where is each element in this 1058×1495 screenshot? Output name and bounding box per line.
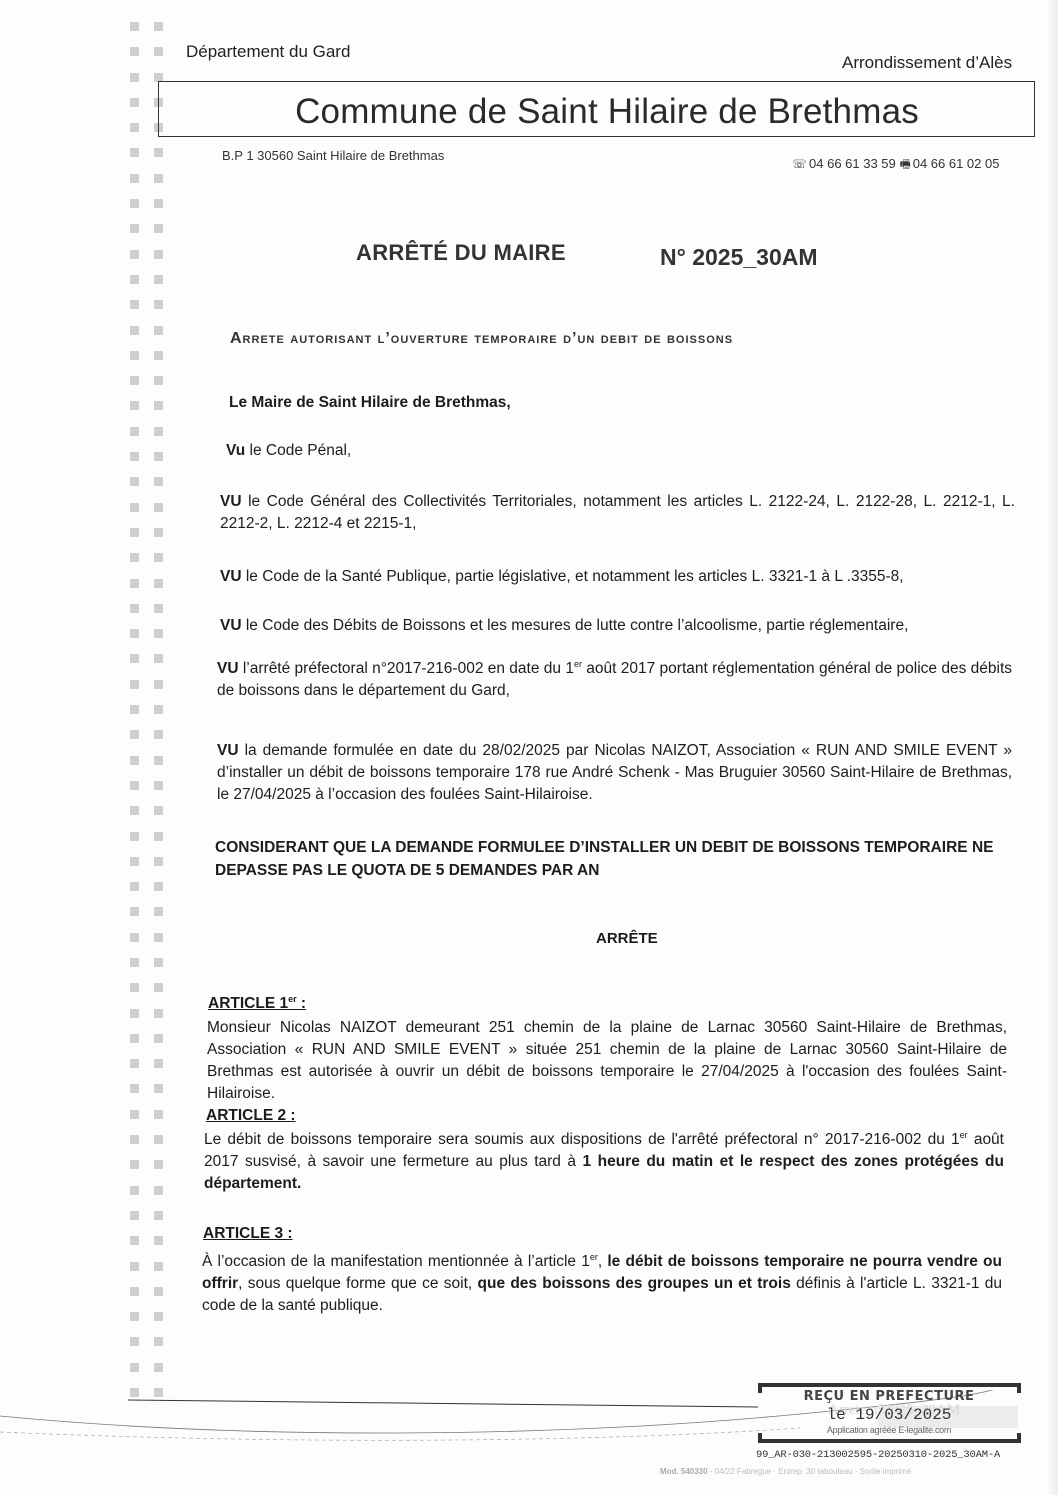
- binder-hole-row: [130, 629, 170, 654]
- article-3-heading: ARTICLE 3 :: [203, 1225, 293, 1243]
- binder-hole: [130, 275, 139, 284]
- binder-hole: [130, 1236, 139, 1245]
- binder-hole: [154, 806, 163, 815]
- binder-hole-row: [130, 477, 170, 502]
- binder-hole: [154, 300, 163, 309]
- binder-hole: [130, 705, 139, 714]
- binder-hole: [154, 1337, 163, 1346]
- document-page: Département du Gard Arrondissement d’Alè…: [0, 0, 1058, 1495]
- binder-hole: [154, 553, 163, 562]
- binder-hole: [154, 1186, 163, 1195]
- visa-demande: VU la demande formulée en date du 28/02/…: [217, 740, 1012, 806]
- binder-hole: [154, 705, 163, 714]
- article-1-heading: ARTICLE 1er :: [208, 995, 306, 1013]
- binder-hole: [130, 250, 139, 259]
- binder-hole: [130, 1084, 139, 1093]
- article-2-heading: ARTICLE 2 :: [206, 1107, 296, 1125]
- binder-hole: [130, 1287, 139, 1296]
- binder-hole: [154, 1059, 163, 1068]
- binder-hole-row: [130, 1059, 170, 1084]
- binder-hole: [130, 1135, 139, 1144]
- visa-arrete-prefectoral: VU l’arrêté préfectoral n°2017-216-002 e…: [217, 658, 1012, 702]
- ordinal-sup: er: [590, 1252, 598, 1262]
- binder-hole-row: [130, 604, 170, 629]
- binder-hole: [154, 1312, 163, 1321]
- binder-hole: [130, 199, 139, 208]
- binder-hole-row: [130, 351, 170, 376]
- binder-hole: [154, 1110, 163, 1119]
- binder-hole-row: [130, 376, 170, 401]
- binder-hole: [130, 123, 139, 132]
- binder-hole: [154, 1009, 163, 1018]
- binder-hole-row: [130, 250, 170, 275]
- binder-hole: [154, 604, 163, 613]
- binder-hole-row: [130, 933, 170, 958]
- binder-hole-row: [130, 756, 170, 781]
- article-text: ,: [598, 1253, 608, 1270]
- phone-number: 04 66 61 33 59: [809, 156, 896, 171]
- visa-lead: VU: [220, 617, 242, 634]
- binder-hole-row: [130, 983, 170, 1008]
- binder-hole: [130, 832, 139, 841]
- binder-hole: [154, 174, 163, 183]
- binder-hole: [130, 174, 139, 183]
- article-3-text: À l’occasion de la manifestation mention…: [202, 1251, 1002, 1317]
- binder-hole-row: [130, 857, 170, 882]
- contact-numbers: ☏04 66 61 33 59 🖷04 66 61 02 05: [792, 155, 999, 176]
- binder-hole: [130, 401, 139, 410]
- ordinal-sup: er: [574, 659, 582, 669]
- binder-hole: [130, 452, 139, 461]
- binder-hole: [154, 1287, 163, 1296]
- binder-hole: [130, 958, 139, 967]
- considerant-clause: CONSIDERANT QUE LA DEMANDE FORMULEE D’IN…: [215, 836, 1015, 882]
- binder-hole: [130, 680, 139, 689]
- binder-hole: [154, 1211, 163, 1220]
- binder-hole: [130, 503, 139, 512]
- binder-hole-row: [130, 326, 170, 351]
- binder-hole-row: [130, 907, 170, 932]
- binder-hole-row: [130, 503, 170, 528]
- fax-icon: 🖷: [899, 157, 910, 171]
- binder-hole: [130, 1186, 139, 1195]
- visa-lead: VU: [217, 742, 239, 759]
- binder-hole-row: [130, 680, 170, 705]
- binder-hole: [154, 148, 163, 157]
- binder-hole: [154, 528, 163, 537]
- binder-hole-row: [130, 300, 170, 325]
- binder-hole: [130, 148, 139, 157]
- binder-hole: [130, 882, 139, 891]
- binder-hole: [154, 958, 163, 967]
- visa-text: le Code Pénal,: [245, 442, 351, 459]
- binder-hole: [130, 907, 139, 916]
- prefecture-stamp: Arrete n°2025_30AM REÇU EN PREFECTURE le…: [758, 1383, 1020, 1443]
- binder-hole: [154, 781, 163, 790]
- binder-hole-row: [130, 199, 170, 224]
- binder-hole: [130, 756, 139, 765]
- maire-line: Le Maire de Saint Hilaire de Brethmas,: [229, 392, 511, 414]
- document-number: N° 2025_30AM: [660, 244, 818, 271]
- binder-hole: [154, 1363, 163, 1372]
- article-text: À l’occasion de la manifestation mention…: [202, 1253, 590, 1270]
- article-text: , sous quelque forme que ce soit,: [238, 1275, 477, 1292]
- binder-hole: [130, 553, 139, 562]
- binder-hole-row: [130, 832, 170, 857]
- binder-hole: [154, 452, 163, 461]
- binder-hole-row: [130, 174, 170, 199]
- binder-hole: [154, 629, 163, 638]
- binder-hole: [130, 730, 139, 739]
- binder-hole: [130, 528, 139, 537]
- binder-hole-row: [130, 654, 170, 679]
- binder-hole-row: [130, 275, 170, 300]
- binder-hole: [154, 351, 163, 360]
- binder-hole: [154, 199, 163, 208]
- binder-hole: [130, 1262, 139, 1271]
- binder-hole-row: [130, 1009, 170, 1034]
- commune-title: Commune de Saint Hilaire de Brethmas: [158, 92, 1056, 132]
- article-1-text: Monsieur Nicolas NAIZOT demeurant 251 ch…: [207, 1017, 1007, 1105]
- binder-hole: [154, 503, 163, 512]
- binder-hole: [154, 326, 163, 335]
- binder-hole: [154, 983, 163, 992]
- binder-hole: [154, 730, 163, 739]
- document-title: ARRÊTÉ DU MAIRE: [356, 240, 566, 266]
- binder-hole-row: [130, 1110, 170, 1135]
- binder-hole-row: [130, 401, 170, 426]
- binder-hole: [130, 1059, 139, 1068]
- binder-hole: [154, 427, 163, 436]
- binder-hole-row: [130, 1262, 170, 1287]
- binder-hole: [130, 477, 139, 486]
- binder-hole-row: [130, 1160, 170, 1185]
- visa-lead: VU: [220, 568, 242, 585]
- stamp-application: Application agréée E-legalite.com: [758, 1425, 1020, 1435]
- binder-hole: [130, 1363, 139, 1372]
- binder-hole: [130, 579, 139, 588]
- stamp-title: REÇU EN PREFECTURE: [758, 1389, 1020, 1404]
- binder-hole-row: [130, 705, 170, 730]
- binder-hole-row: [130, 1236, 170, 1261]
- binder-hole: [130, 427, 139, 436]
- binder-hole-row: [130, 806, 170, 831]
- article-heading-text: ARTICLE 1: [208, 995, 288, 1012]
- binder-hole: [154, 756, 163, 765]
- binder-hole: [130, 1337, 139, 1346]
- form-model: Mod. 540330: [660, 1467, 708, 1476]
- telephone-icon: ☏: [792, 157, 807, 171]
- binder-hole: [130, 300, 139, 309]
- binder-hole: [154, 1135, 163, 1144]
- binder-hole-row: [130, 1135, 170, 1160]
- binder-hole-row: [130, 1186, 170, 1211]
- binder-hole: [130, 1312, 139, 1321]
- binder-hole: [130, 654, 139, 663]
- binder-hole-row: [130, 1363, 170, 1388]
- stamp-date: le 19/03/2025: [758, 1406, 1020, 1424]
- visa-lead: Vu: [226, 442, 245, 459]
- binder-hole: [154, 1034, 163, 1043]
- binder-hole-row: [130, 452, 170, 477]
- binder-hole: [130, 376, 139, 385]
- binder-hole: [130, 604, 139, 613]
- binder-hole-row: [130, 781, 170, 806]
- binder-hole-row: [130, 22, 170, 47]
- binder-hole-row: [130, 427, 170, 452]
- binder-hole-row: [130, 1211, 170, 1236]
- article-heading-text: :: [297, 995, 306, 1012]
- binder-hole: [154, 275, 163, 284]
- binder-hole: [154, 579, 163, 588]
- binder-hole: [154, 857, 163, 866]
- binder-hole-row: [130, 148, 170, 173]
- fax-number: 04 66 61 02 05: [913, 156, 1000, 171]
- binder-hole: [154, 933, 163, 942]
- binder-hole: [130, 1160, 139, 1169]
- binder-hole: [130, 47, 139, 56]
- binder-hole-row: [130, 528, 170, 553]
- binder-hole-row: [130, 730, 170, 755]
- binder-hole: [130, 22, 139, 31]
- binder-hole-row: [130, 47, 170, 72]
- binder-hole: [130, 351, 139, 360]
- binder-hole: [130, 1110, 139, 1119]
- visa-debits-boissons: VU le Code des Débits de Boissons et les…: [220, 615, 908, 637]
- visa-text: le Code des Débits de Boissons et les me…: [242, 617, 909, 634]
- binder-hole: [130, 983, 139, 992]
- binder-hole: [154, 376, 163, 385]
- department-label: Département du Gard: [186, 42, 350, 62]
- binder-hole-row: [130, 553, 170, 578]
- binder-hole: [130, 1009, 139, 1018]
- binder-hole: [154, 250, 163, 259]
- form-printer: - 04/22 Fabregue · Entrep. 30 tabouleau …: [708, 1467, 912, 1476]
- article-text: Le débit de boissons temporaire sera sou…: [204, 1131, 960, 1148]
- visa-code-penal: Vu le Code Pénal,: [226, 440, 351, 462]
- binder-hole: [130, 857, 139, 866]
- visa-text: l’arrêté préfectoral n°2017-216-002 en d…: [239, 660, 574, 677]
- binder-hole-row: [130, 1312, 170, 1337]
- visa-text: le Code Général des Collectivités Territ…: [220, 493, 1015, 532]
- binder-hole: [154, 22, 163, 31]
- visa-text: le Code de la Santé Publique, partie lég…: [242, 568, 904, 585]
- binder-hole: [130, 98, 139, 107]
- form-reference: Mod. 540330 - 04/22 Fabregue · Entrep. 3…: [660, 1467, 911, 1476]
- ordinal-sup: er: [960, 1130, 968, 1140]
- binder-hole: [130, 73, 139, 82]
- binder-hole-row: [130, 579, 170, 604]
- binder-hole: [130, 806, 139, 815]
- binder-hole-row: [130, 882, 170, 907]
- binder-hole: [130, 933, 139, 942]
- binder-hole: [154, 47, 163, 56]
- binder-holes: [130, 22, 170, 1413]
- arrete-heading: ARRÊTE: [596, 930, 658, 947]
- arrondissement-label: Arrondissement d’Alès: [842, 53, 1012, 73]
- binder-hole: [154, 224, 163, 233]
- visa-cgct: VU le Code Général des Collectivités Ter…: [220, 491, 1015, 535]
- binder-hole-row: [130, 1287, 170, 1312]
- binder-hole-row: [130, 1084, 170, 1109]
- article-2-text: Le débit de boissons temporaire sera sou…: [204, 1129, 1004, 1195]
- binder-hole: [154, 1084, 163, 1093]
- binder-hole: [130, 629, 139, 638]
- binder-hole: [154, 401, 163, 410]
- postal-address: B.P 1 30560 Saint Hilaire de Brethmas: [222, 148, 444, 163]
- article-text-bold: que des boissons des groupes un et trois: [478, 1275, 791, 1292]
- binder-hole: [130, 781, 139, 790]
- ordinal-sup: er: [288, 994, 297, 1004]
- binder-hole: [130, 1034, 139, 1043]
- acte-identifier: 99_AR-030-213002595-20250310-2025_30AM-A: [756, 1449, 1000, 1461]
- binder-hole: [130, 326, 139, 335]
- binder-hole: [154, 832, 163, 841]
- visa-sante-publique: VU le Code de la Santé Publique, partie …: [220, 566, 904, 588]
- visa-lead: VU: [220, 493, 242, 510]
- visa-text: la demande formulée en date du 28/02/202…: [217, 742, 1012, 803]
- binder-hole-row: [130, 1034, 170, 1059]
- page-edge-shadow: [1048, 0, 1058, 1495]
- binder-hole: [154, 1262, 163, 1271]
- binder-hole: [154, 1236, 163, 1245]
- document-subtitle: Arrete autorisant l’ouverture temporaire…: [230, 330, 733, 348]
- binder-hole: [154, 680, 163, 689]
- binder-hole: [154, 654, 163, 663]
- binder-hole: [130, 1211, 139, 1220]
- binder-hole: [130, 224, 139, 233]
- binder-hole: [154, 477, 163, 486]
- binder-hole-row: [130, 224, 170, 249]
- binder-hole: [154, 907, 163, 916]
- binder-hole-row: [130, 958, 170, 983]
- binder-hole: [154, 1160, 163, 1169]
- visa-lead: VU: [217, 660, 239, 677]
- binder-hole-row: [130, 1337, 170, 1362]
- binder-hole: [154, 882, 163, 891]
